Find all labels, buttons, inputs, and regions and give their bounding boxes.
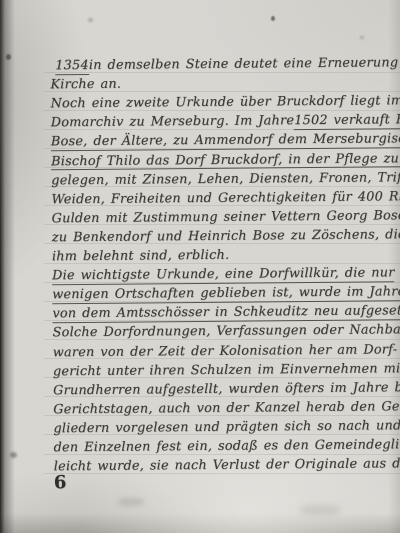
- handwritten-line: den Einzelnen fest ein, sodaß es den Gem…: [54, 437, 400, 455]
- handwritten-line: Weiden, Freiheiten und Gerechtigkeiten f…: [51, 189, 400, 207]
- handwriting-segment: zu Benkendorf und Heinrich Bose zu Zösch…: [52, 227, 400, 245]
- handwritten-line: Die wichtigste Urkunde, eine Dorfwillkür…: [52, 265, 400, 285]
- handwritten-line: leicht wurde, sie nach Verlust der Origi…: [54, 456, 400, 474]
- handwritten-line: gelegen, mit Zinsen, Lehen, Diensten, Fr…: [51, 170, 400, 188]
- scanned-manuscript-screenshot: { "manuscript": { "page_number": "6", "l…: [0, 0, 400, 533]
- manuscript-paper: 6 1354 in demselben Steine deutet eine E…: [0, 0, 400, 533]
- handwritten-line: Gulden mit Zustimmung seiner Vettern Geo…: [52, 208, 400, 226]
- handwritten-line: waren von der Zeit der Kolonisation her …: [53, 342, 400, 360]
- handwriting-underlined-segment: Bischof Thilo das Dorf Bruckdorf, in der…: [51, 150, 400, 170]
- handwriting-segment: Kirche an.: [50, 77, 121, 93]
- handwriting-segment: leicht wurde, sie nach Verlust der Origi…: [54, 456, 400, 474]
- handwriting-segment: gelegen, mit Zinsen, Lehen, Diensten, Fr…: [51, 170, 400, 188]
- handwritten-line: Gerichtstagen, auch von der Kanzel herab…: [53, 399, 400, 417]
- handwriting-block: 6 1354 in demselben Steine deutet eine E…: [0, 0, 400, 533]
- page-number: 6: [54, 472, 67, 493]
- handwritten-line: Bose, der Ältere, zu Ammendorf dem Merse…: [51, 132, 400, 152]
- handwritten-line: gliedern vorgelesen und prägten sich so …: [53, 418, 400, 436]
- handwriting-underlined-segment: 1354: [55, 58, 89, 75]
- handwritten-line: ihm belehnt sind, erblich.: [52, 246, 400, 264]
- handwriting-segment: ihm belehnt sind, erblich.: [52, 248, 230, 265]
- handwriting-segment: Weiden, Freiheiten und Gerechtigkeiten f…: [51, 189, 400, 207]
- handwritten-line: Kirche an.: [50, 74, 400, 92]
- handwriting-segment: in demselben Steine deutet eine Erneueru…: [89, 55, 400, 73]
- handwriting-segment: gliedern vorgelesen und prägten sich so …: [53, 418, 400, 436]
- handwritten-line: gericht unter ihren Schulzen im Einverne…: [53, 361, 400, 379]
- handwritten-line: Domarchiv zu Merseburg. Im Jahre 1502 ve…: [51, 113, 400, 133]
- handwriting-segment: Grundherren aufgestellt, wurden öfters i…: [53, 380, 400, 398]
- handwritten-line: Noch eine zweite Urkunde über Bruckdorf …: [51, 93, 400, 111]
- handwriting-segment: waren von der Zeit der Kolonisation her …: [53, 342, 398, 360]
- handwriting-segment: Domarchiv zu Merseburg. Im Jahre: [51, 113, 295, 130]
- handwriting-underlined-segment: Bose, der Ältere, zu Ammendorf dem Merse…: [51, 131, 400, 151]
- handwriting-underlined-segment: wenigen Ortschaften geblieben ist, wurde…: [52, 284, 400, 304]
- handwritten-line: 1354 in demselben Steine deutet eine Ern…: [50, 55, 400, 75]
- handwriting-segment: den Einzelnen fest ein, sodaß es den Gem…: [54, 437, 400, 455]
- handwriting-underlined-segment: 1502 verkauft Hans: [294, 112, 400, 130]
- handwritten-line: zu Benkendorf und Heinrich Bose zu Zösch…: [52, 227, 400, 245]
- handwritten-line: von dem Amtsschösser in Schkeuditz neu a…: [52, 304, 400, 324]
- handwriting-segment: Gulden mit Zustimmung seiner Vettern Geo…: [52, 208, 400, 226]
- handwritten-line: Bischof Thilo das Dorf Bruckdorf, in der…: [51, 151, 400, 171]
- handwriting-segment: Solche Dorfordnungen, Verfassungen oder …: [53, 322, 400, 341]
- handwriting-segment: gericht unter ihren Schulzen im Einverne…: [53, 360, 400, 378]
- handwriting-segment: Noch eine zweite Urkunde über Bruckdorf …: [51, 93, 400, 111]
- handwritten-line: Grundherren aufgestellt, wurden öfters i…: [53, 380, 400, 398]
- handwriting-underlined-segment: von dem Amtsschösser in Schkeuditz neu a…: [52, 303, 400, 323]
- handwriting-segment: Gerichtstagen, auch von der Kanzel herab…: [53, 399, 400, 417]
- handwritten-line: wenigen Ortschaften geblieben ist, wurde…: [52, 284, 400, 304]
- handwriting-underlined-segment: Die wichtigste Urkunde, eine Dorfwillkür…: [52, 265, 395, 284]
- handwritten-line: Solche Dorfordnungen, Verfassungen oder …: [53, 323, 400, 341]
